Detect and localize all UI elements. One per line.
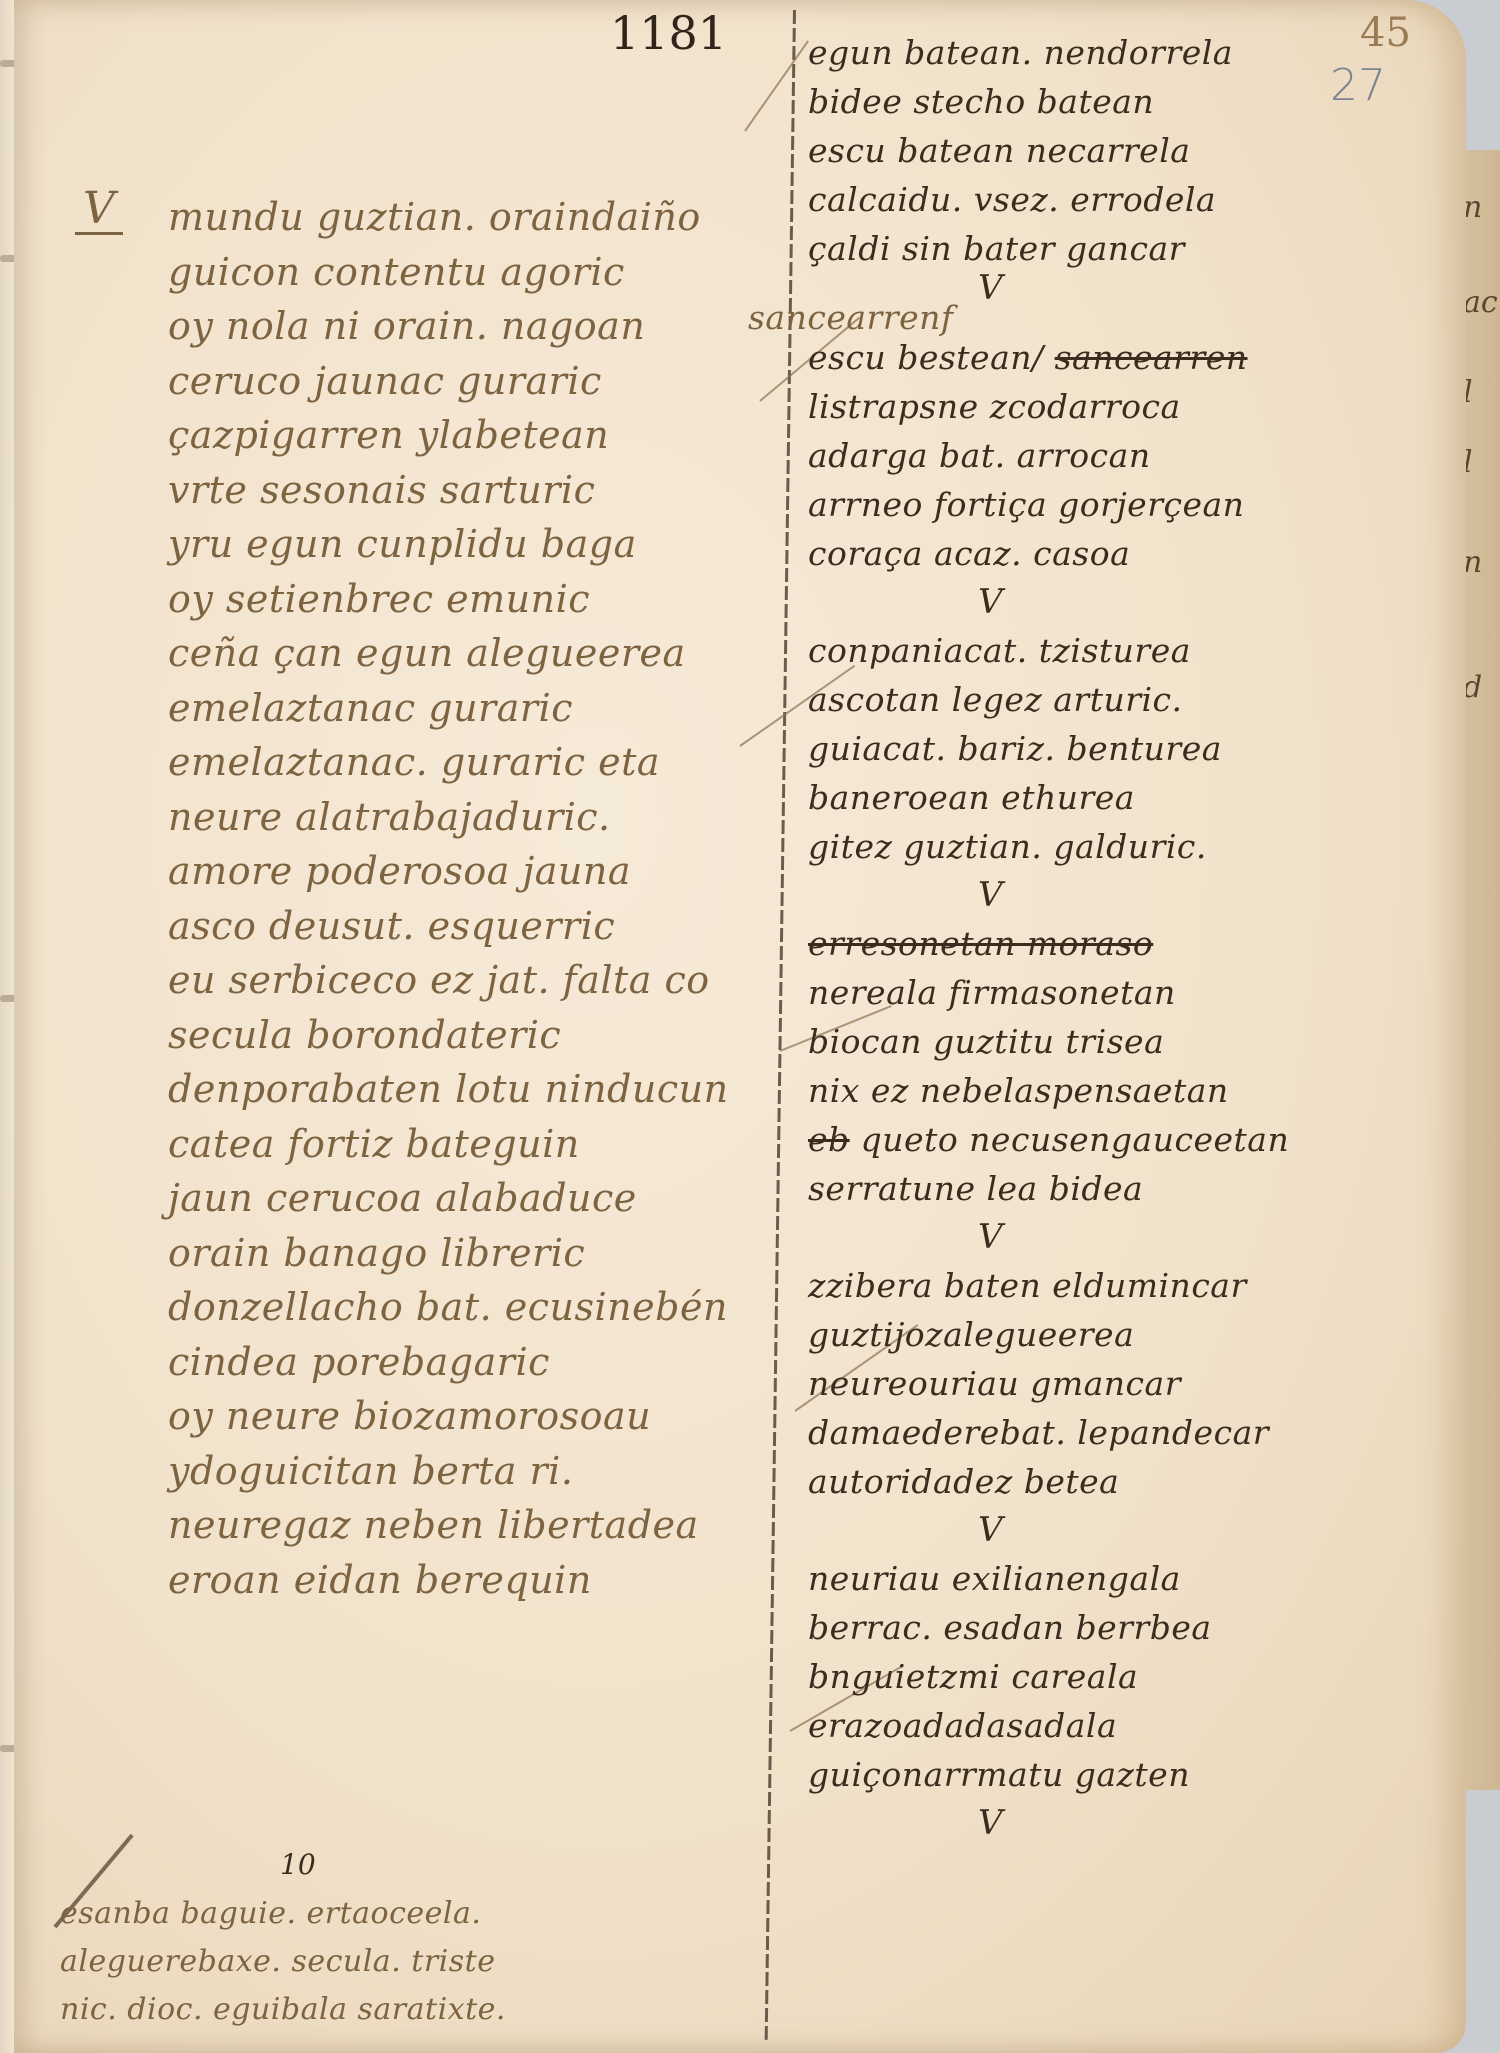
verse-line: emelaztanac guraric bbox=[168, 681, 808, 736]
stanza: V conpaniacat. tzisturea ascotan legez a… bbox=[808, 578, 1428, 871]
struck-verse-line: erresonetan moraso bbox=[808, 919, 1428, 968]
verse-line: arrneo fortiça gorjerçean bbox=[808, 480, 1428, 529]
verse-line: ydoguicitan berta ri. bbox=[168, 1444, 808, 1499]
verse-line: neuriau exilianengala bbox=[808, 1554, 1428, 1603]
right-column-verses: egun batean. nendorrela bidee stecho bat… bbox=[808, 28, 1428, 1847]
verse-line: çaldi sin bater gancar bbox=[808, 224, 1428, 273]
stanza: V zzibera baten eldumincar guztijozalegu… bbox=[808, 1213, 1428, 1506]
verse-line: adarga bat. arrocan bbox=[808, 431, 1428, 480]
verse-line: oy nola ni orain. nagoan bbox=[168, 299, 808, 354]
verse-line: guztijozalegueerea bbox=[808, 1310, 1428, 1359]
stanza-mark: V bbox=[808, 1213, 1428, 1261]
left-column-verses: mundu guztian. oraindaiño guicon content… bbox=[168, 190, 808, 1607]
verse-line: bnguietzmi careala bbox=[808, 1652, 1428, 1701]
stanza-mark: V bbox=[808, 871, 1428, 919]
verse-line: guiçonarrmatu gazten bbox=[808, 1750, 1428, 1799]
stanza: V neuriau exilianengala berrac. esadan b… bbox=[808, 1506, 1428, 1799]
verse-text: escu bestean/ bbox=[808, 338, 1044, 377]
verse-line: donzellacho bat. ecusinebén bbox=[168, 1280, 808, 1335]
stanza: egun batean. nendorrela bidee stecho bat… bbox=[808, 28, 1428, 273]
verse-line: zzibera baten eldumincar bbox=[808, 1261, 1428, 1310]
verse-line: catea fortiz bateguin bbox=[168, 1117, 808, 1172]
leaf-fragment: ac bbox=[1463, 285, 1498, 320]
verse-line: eb queto necusengauceetan bbox=[808, 1115, 1428, 1164]
verse-line: ascotan legez arturic. bbox=[808, 675, 1428, 724]
verse-line: ceruco jaunac guraric bbox=[168, 354, 808, 409]
verse-line: amore poderosoa jauna bbox=[168, 844, 808, 899]
verse-line: mundu guztian. oraindaiño bbox=[168, 190, 808, 245]
verse-line: çazpigarren ylabetean bbox=[168, 408, 808, 463]
verse-line: orain banago libreric bbox=[168, 1226, 808, 1281]
verse-line: neuregaz neben libertadea bbox=[168, 1498, 808, 1553]
verse-line: vrte sesonais sarturic bbox=[168, 463, 808, 518]
verse-line: asco deusut. esquerric bbox=[168, 899, 808, 954]
verse-text: queto necusengauceetan bbox=[861, 1120, 1290, 1159]
verse-line: eu serbiceco ez jat. falta co bbox=[168, 953, 808, 1008]
verse-line: secula borondateric bbox=[168, 1008, 808, 1063]
verse-line: yru egun cunplidu baga bbox=[168, 517, 808, 572]
verse-line: emelaztanac. guraric eta bbox=[168, 735, 808, 790]
verse-line: neureouriau gmancar bbox=[808, 1359, 1428, 1408]
verse-line: baneroean ethurea bbox=[808, 773, 1428, 822]
verse-line: damaederebat. lepandecar bbox=[808, 1408, 1428, 1457]
verse-line: nix ez nebelaspensaetan bbox=[808, 1066, 1428, 1115]
stanza-mark: V bbox=[808, 578, 1428, 626]
struck-text: sancearren bbox=[1055, 338, 1248, 377]
verse-line: oy neure biozamorosoau bbox=[168, 1389, 808, 1444]
verse-line: eroan eidan berequin bbox=[168, 1553, 808, 1608]
verse-line: autoridadez betea bbox=[808, 1457, 1428, 1506]
verse-line: listrapsne zcodarroca bbox=[808, 382, 1428, 431]
verse-line: conpaniacat. tzisturea bbox=[808, 626, 1428, 675]
verse-mark-left: V bbox=[75, 186, 123, 235]
verse-line: serratune lea bidea bbox=[808, 1164, 1428, 1213]
verse-line: escu bestean/ sancearren bbox=[808, 333, 1428, 382]
stanza: V erresonetan moraso nereala firmasoneta… bbox=[808, 871, 1428, 1213]
verse-line: coraça acaz. casoa bbox=[808, 529, 1428, 578]
verse-line: denporabaten lotu ninducun bbox=[168, 1062, 808, 1117]
folio-number-top: 1181 bbox=[610, 6, 727, 60]
struck-text: eb bbox=[808, 1120, 850, 1159]
verse-line: guicon contentu agoric bbox=[168, 245, 808, 300]
verse-line: jaun cerucoa alabaduce bbox=[168, 1171, 808, 1226]
verse-line: ceña çan egun alegueerea bbox=[168, 626, 808, 681]
stanza-mark: V bbox=[808, 1506, 1428, 1554]
verse-line: neure alatrabajaduric. bbox=[168, 790, 808, 845]
note-line: nic. dioc. eguibala saratixte. bbox=[60, 1986, 506, 2034]
verse-line: gitez guztian. galduric. bbox=[808, 822, 1428, 871]
verse-line: escu batean necarrela bbox=[808, 126, 1428, 175]
footer-marker: 10 bbox=[280, 1848, 316, 1881]
verse-line: berrac. esadan berrbea bbox=[808, 1603, 1428, 1652]
verse-line: egun batean. nendorrela bbox=[808, 28, 1428, 77]
verse-line: guiacat. bariz. benturea bbox=[808, 724, 1428, 773]
verse-line: cindea porebagaric bbox=[168, 1335, 808, 1390]
verse-line: sancearrenf bbox=[748, 303, 1428, 333]
note-line: aleguerebaxe. secula. triste bbox=[60, 1938, 506, 1986]
verse-line: biocan guztitu trisea bbox=[808, 1017, 1428, 1066]
verse-line: oy setienbrec emunic bbox=[168, 572, 808, 627]
footer-note: 10 esanba baguie. ertaoceela. aleguereba… bbox=[60, 1890, 506, 2034]
stanza-mark: V bbox=[808, 1799, 1428, 1847]
verse-line: nereala firmasonetan bbox=[808, 968, 1428, 1017]
verse-line: calcaidu. vsez. errodela bbox=[808, 175, 1428, 224]
note-line: esanba baguie. ertaoceela. bbox=[60, 1890, 506, 1938]
stanza: V sancearrenf escu bestean/ sancearren l… bbox=[808, 273, 1428, 578]
stanza: V bbox=[808, 1799, 1428, 1847]
verse-line: erazoadadasadala bbox=[808, 1701, 1428, 1750]
verse-line: bidee stecho batean bbox=[808, 77, 1428, 126]
